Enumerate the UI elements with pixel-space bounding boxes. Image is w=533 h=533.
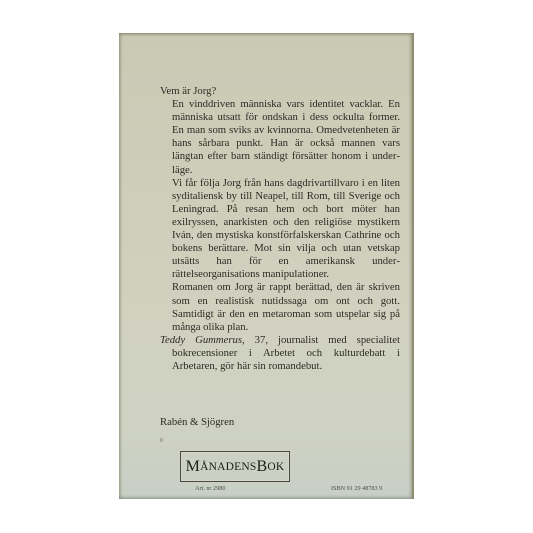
logo-letter-m: M	[186, 458, 200, 476]
isbn-number: ISBN 91 29 48783 9	[331, 485, 382, 492]
author-bio: Teddy Gummerus, 37, journalist med speci…	[160, 334, 400, 373]
blurb-paragraph-2: Vi får följa Jorg från hans dagdrivartil…	[160, 177, 400, 282]
logo-text-ok: OK	[267, 461, 284, 473]
author-name: Teddy Gummerus	[160, 334, 242, 346]
publisher-name: Rabén & Sjögren	[160, 416, 234, 428]
blurb-heading: Vem är Jorg?	[160, 85, 400, 98]
blurb-paragraph-1: En vinddriven människa vars identitet va…	[160, 98, 400, 177]
printer-mark: 0	[160, 438, 163, 444]
blurb-text: Vem är Jorg? En vinddriven människa vars…	[160, 85, 400, 373]
book-back-cover: Vem är Jorg? En vinddriven människa vars…	[119, 33, 414, 499]
manadens-bok-logo: MÅNADENSBOK	[180, 451, 290, 482]
logo-letter-b: B	[256, 458, 267, 476]
article-number: Art. nr 2980	[195, 485, 225, 492]
logo-text-anadens: ÅNADENS	[200, 461, 256, 473]
blurb-paragraph-3: Romanen om Jorg är rappt berättad, den ä…	[160, 281, 400, 333]
